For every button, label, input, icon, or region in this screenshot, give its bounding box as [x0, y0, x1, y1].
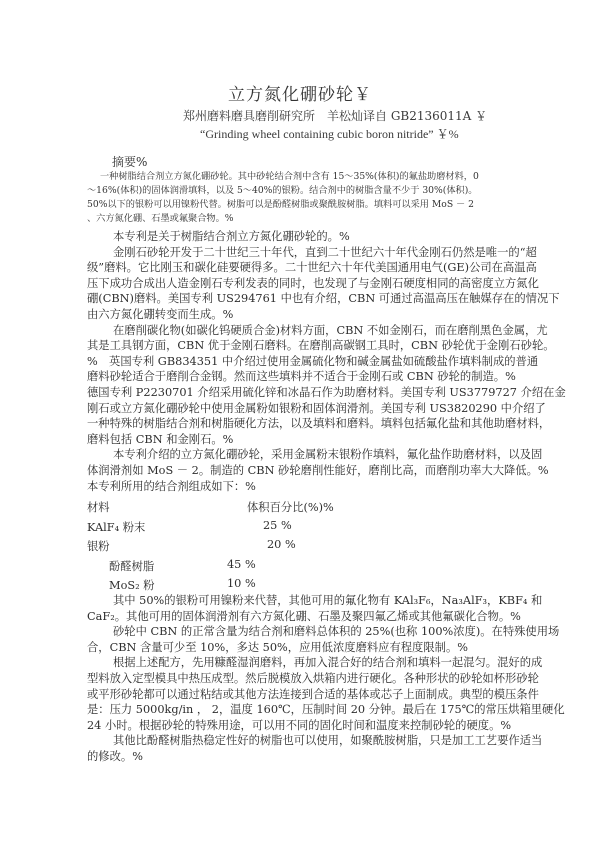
abstract-heading: 摘要%	[112, 153, 147, 170]
composition-table: 材料 体积百分比(%)% KAlF₄ 粉末 25 % 银粉 20 % 酚醛树脂 …	[87, 499, 407, 597]
paragraph-line: 磨料包括 CBN 和金刚石。%	[87, 432, 517, 448]
abstract-line: ～16%(体积)的固体润滑填料，以及 5～40%的银粉。结合剂中的树脂含量不少于…	[87, 184, 527, 198]
body-section-2: 其中 50%的银粉可用镍粉来代替，其他可用的氟化物有 KAl₃F₆，Na₃AlF…	[87, 593, 517, 765]
percent-cell: 25 %	[263, 519, 292, 532]
abstract-text: 一种树脂结合剂立方氮化硼砂轮。其中砂轮结合剂中含有 15～35%(体积)的氟盐助…	[87, 170, 527, 226]
paragraph-line: 其他比酚醛树脂热稳定性好的树脂也可以使用，如聚酰胺树脂，只是加工工艺要作适当	[87, 733, 517, 749]
percent-cell: 45 %	[227, 558, 256, 571]
paragraph-line: 本专利是关于树脂结合剂立方氮化硼砂轮的。%	[87, 229, 517, 245]
english-title: “Grinding wheel containing cubic boron n…	[200, 125, 459, 142]
author-source-line: 郑州磨料磨具磨削研究所 羊松灿译自 GB2136011A ￥	[183, 107, 487, 124]
paragraph-line: 本专利介绍的立方氮化硼砂轮，采用金属粉末银粉作填料，氟化盐作助磨材料，以及固	[87, 447, 517, 463]
abstract-line: 一种树脂结合剂立方氮化硼砂轮。其中砂轮结合剂中含有 15～35%(体积)的氟盐助…	[87, 170, 527, 184]
body-section-1: 本专利是关于树脂结合剂立方氮化硼砂轮的。% 金刚石砂轮开发于二十世纪三十年代，直…	[87, 229, 517, 494]
table-row: 银粉 20 %	[87, 538, 407, 558]
percent-cell: 10 %	[227, 577, 256, 590]
paragraph-line: CaF₂。其他可用的固体润滑剂有六方氮化硼、石墨及聚四氟乙烯或其他氟碳化合物。%	[87, 609, 517, 625]
abstract-line: 、六方氮化硼、石墨或氟聚合物。%	[87, 212, 527, 226]
paragraph-line: 压下成功合成出人造金刚石专利发表的同时，也发现了与金刚石硬度相同的高密度立方氮化	[87, 276, 517, 292]
paragraph-line: 是：压力 5000kg/in ， 2，温度 160℃，压制时间 20 分钟。最后…	[87, 702, 517, 718]
paragraph-line: 硼(CBN)磨料。美国专利 US294761 中也有介绍，CBN 可通过高温高压…	[87, 291, 517, 307]
document-title: 立方氮化硼砂轮￥	[0, 80, 600, 105]
paragraph-line: 一种特殊的树脂结合剂和树脂硬化方法，以及填料和磨料。填料包括氟化盐和其他助磨材料…	[87, 416, 517, 432]
paragraph-line: 刚石或立方氮化硼砂轮中使用金属粉如银粉和固体润滑剂。美国专利 US3820290…	[87, 401, 517, 417]
column-header-percent: 体积百分比(%)%	[247, 499, 334, 515]
material-cell: 银粉	[87, 538, 110, 554]
paragraph-line: 合，CBN 含量可少至 10%，多达 50%，应用低浓度磨料应有程度限制。%	[87, 640, 517, 656]
paragraph-line: 根据上述配方，先用糠醛湿润磨料，再加入混合好的结合剂和填料一起混匀。混好的成	[87, 655, 517, 671]
material-cell: 酚醛树脂	[109, 558, 154, 574]
paragraph-line: 在磨削碳化物(如碳化钨硬质合金)材料方面，CBN 不如金刚石，而在磨削黑色金属，…	[87, 323, 517, 339]
paragraph-line: 其中 50%的银粉可用镍粉来代替，其他可用的氟化物有 KAl₃F₆，Na₃AlF…	[87, 593, 517, 609]
paragraph-line: % 英国专利 GB834351 中介绍过使用金属硫化物和碱金属盐如硫酸盐作填料制…	[87, 354, 517, 370]
table-row: 酚醛树脂 45 %	[87, 558, 407, 578]
paragraph-line: 金刚石砂轮开发于二十世纪三十年代，直到二十世纪六十年代金刚石仍然是唯一的“超	[87, 245, 517, 261]
paragraph-line: 由六方氮化硼转变而生成。%	[87, 307, 517, 323]
paragraph-line: 砂轮中 CBN 的正常含量为结合剂和磨料总体积的 25%(也称 100%浓度)。…	[87, 624, 517, 640]
material-cell: MoS₂ 粉	[109, 577, 155, 593]
paragraph-line: 或平形砂轮都可以通过粘结或其他方法连接到合适的基体或芯子上面制成。典型的模压条件	[87, 687, 517, 703]
column-header-material: 材料	[87, 499, 110, 515]
table-header-row: 材料 体积百分比(%)%	[87, 499, 407, 519]
material-cell: KAlF₄ 粉末	[87, 519, 145, 535]
paragraph-line: 德国专利 P2230701 介绍采用硫化锌和冰晶石作为助磨材料。美国专利 US3…	[87, 385, 517, 401]
paragraph-line: 其是工具钢方面，CBN 优于金刚石磨料。在磨削高碳钢工具时，CBN 砂轮优于金刚…	[87, 338, 517, 354]
paragraph-line: 本专利所用的结合剂组成如下：%	[87, 479, 517, 495]
paragraph-line: 体润滑剂如 MoS － 2。制造的 CBN 砂轮磨削性能好，磨削比高，而磨削功率…	[87, 463, 517, 479]
paragraph-line: 型料放入定型模具中热压成型。然后脱模放入烘箱内进行硬化。各种形状的砂轮如杯形砂轮	[87, 671, 517, 687]
table-row: KAlF₄ 粉末 25 %	[87, 519, 407, 539]
paragraph-line: 的修改。%	[87, 749, 517, 765]
document-page: 立方氮化硼砂轮￥ 郑州磨料磨具磨削研究所 羊松灿译自 GB2136011A ￥ …	[0, 0, 600, 850]
paragraph-line: 磨料砂轮适合于磨削合金钢。然而这些填料并不适合于金刚石或 CBN 砂轮的制造。%	[87, 369, 517, 385]
paragraph-line: 24 小时。根据砂轮的特殊用途，可以用不同的固化时间和温度来控制砂轮的硬度。%	[87, 718, 517, 734]
percent-cell: 20 %	[267, 538, 296, 551]
paragraph-line: 级”磨料。它比刚玉和碳化硅要硬得多。二十世纪六十年代美国通用电气(GE)公司在高…	[87, 260, 517, 276]
abstract-line: 50%以下的银粉可以用镍粉代替。树脂可以是酚醛树脂或聚酰胺树脂。填料可以采用 M…	[87, 198, 527, 212]
